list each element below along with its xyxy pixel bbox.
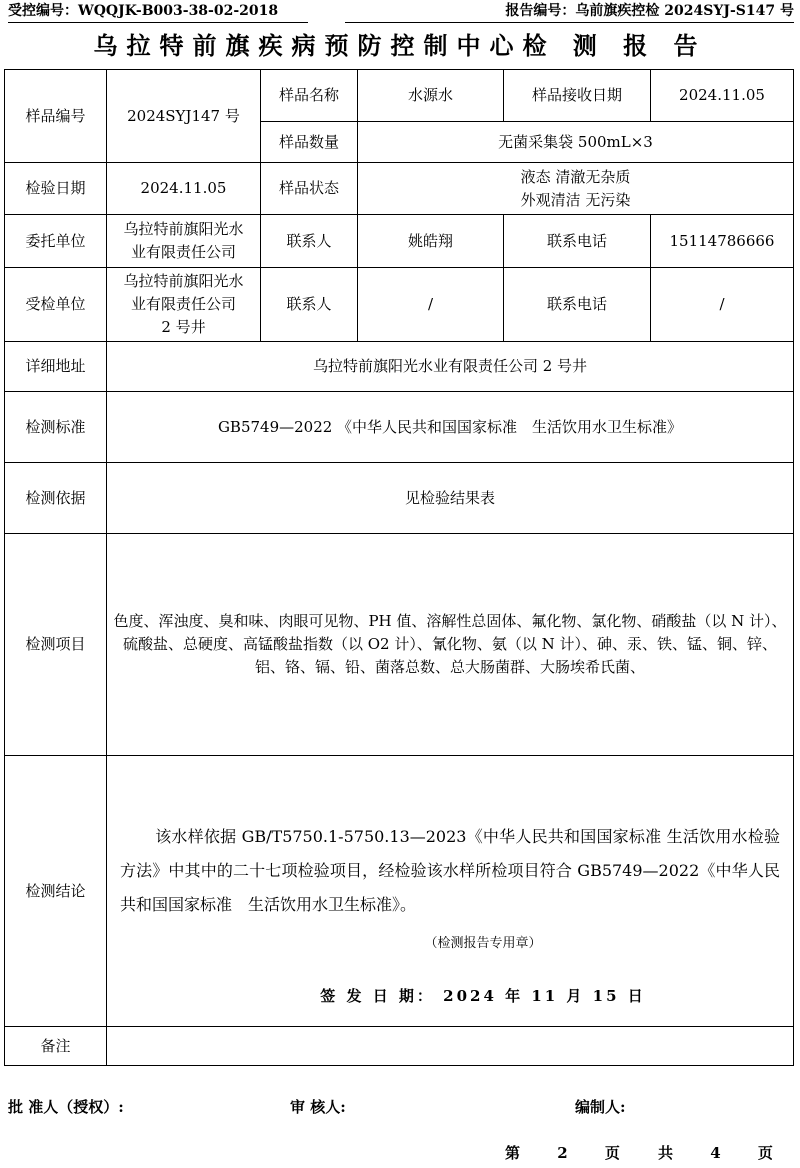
reviewer-label: 审 核人:: [290, 1096, 346, 1117]
table-row: 详细地址 乌拉特前旗阳光水业有限责任公司 2 号井: [5, 342, 794, 392]
test-date-label: 检验日期: [5, 163, 107, 215]
items-label: 检测项目: [5, 534, 107, 756]
items-value: 色度、浑浊度、臭和味、肉眼可见物、PH 值、溶解性总固体、氟化物、氯化物、硝酸盐…: [107, 534, 794, 756]
conclusion-text: 该水样依据 GB/T5750.1-5750.13—2023《中华人民共和国国家标…: [111, 774, 789, 922]
control-number: 受控编号：WQQJK-B003-38-02-2018: [8, 3, 308, 23]
sample-state-value: 液态 清澈无杂质 外观清洁 无污染: [358, 163, 794, 215]
client-label: 委托单位: [5, 215, 107, 268]
sign-date: 签 发 日 期： 2024 年 11 月 15 日: [111, 985, 789, 1008]
sample-name-value: 水源水: [358, 70, 504, 122]
receive-date-value: 2024.11.05: [651, 70, 794, 122]
page-number-row: 第 2 页 共 4 页: [0, 1142, 800, 1162]
inspected-phone-value: /: [651, 268, 794, 342]
conclusion-cell: 该水样依据 GB/T5750.1-5750.13—2023《中华人民共和国国家标…: [107, 756, 794, 1027]
remark-label: 备注: [5, 1027, 107, 1066]
test-date-value: 2024.11.05: [107, 163, 261, 215]
sample-no-value: 2024SYJ147 号: [107, 70, 261, 163]
report-page: 受控编号：WQQJK-B003-38-02-2018 报告编号：乌前旗疾控检 2…: [0, 0, 800, 1168]
inspected-contact-value: /: [358, 268, 504, 342]
stamp-note: （检测报告专用章）: [111, 932, 789, 955]
inspected-label: 受检单位: [5, 268, 107, 342]
conclusion-label: 检测结论: [5, 756, 107, 1027]
table-row: 备注: [5, 1027, 794, 1066]
signature-row: 批 准人（授权）: 审 核人: 编制人:: [0, 1096, 800, 1116]
report-number: 报告编号：乌前旗疾控检 2024SYJ-S147 号: [345, 3, 794, 23]
page-current: 第 2 页: [505, 1142, 629, 1163]
address-label: 详细地址: [5, 342, 107, 392]
sample-state-label: 样品状态: [261, 163, 358, 215]
receive-date-label: 样品接收日期: [504, 70, 651, 122]
table-row: 样品编号 2024SYJ147 号 样品名称 水源水 样品接收日期 2024.1…: [5, 70, 794, 122]
page-title: 乌拉特前旗疾病预防控制中心检 测 报 告: [0, 30, 800, 62]
basis-label: 检测依据: [5, 463, 107, 534]
preparer-label: 编制人:: [575, 1096, 626, 1117]
page-total: 共 4 页: [658, 1142, 782, 1163]
table-row: 检测项目 色度、浑浊度、臭和味、肉眼可见物、PH 值、溶解性总固体、氟化物、氯化…: [5, 534, 794, 756]
top-header: 受控编号：WQQJK-B003-38-02-2018 报告编号：乌前旗疾控检 2…: [0, 0, 800, 23]
table-row: 检测依据 见检验结果表: [5, 463, 794, 534]
table-row: 委托单位 乌拉特前旗阳光水 业有限责任公司 联系人 姚皓翔 联系电话 15114…: [5, 215, 794, 268]
sample-name-label: 样品名称: [261, 70, 358, 122]
standard-label: 检测标准: [5, 392, 107, 463]
client-phone-label: 联系电话: [504, 215, 651, 268]
client-contact-label: 联系人: [261, 215, 358, 268]
table-row: 检测标准 GB5749—2022 《中华人民共和国国家标准 生活饮用水卫生标准》: [5, 392, 794, 463]
standard-value: GB5749—2022 《中华人民共和国国家标准 生活饮用水卫生标准》: [107, 392, 794, 463]
table-row: 受检单位 乌拉特前旗阳光水 业有限责任公司 2 号井 联系人 / 联系电话 /: [5, 268, 794, 342]
table-row: 检验日期 2024.11.05 样品状态 液态 清澈无杂质 外观清洁 无污染: [5, 163, 794, 215]
sample-qty-label: 样品数量: [261, 122, 358, 163]
inspected-phone-label: 联系电话: [504, 268, 651, 342]
address-value: 乌拉特前旗阳光水业有限责任公司 2 号井: [107, 342, 794, 392]
sample-qty-value: 无菌采集袋 500mL×3: [358, 122, 794, 163]
inspected-contact-label: 联系人: [261, 268, 358, 342]
sample-no-label: 样品编号: [5, 70, 107, 163]
remark-value: [107, 1027, 794, 1066]
inspected-value: 乌拉特前旗阳光水 业有限责任公司 2 号井: [107, 268, 261, 342]
approver-label: 批 准人（授权）:: [8, 1096, 124, 1117]
basis-value: 见检验结果表: [107, 463, 794, 534]
client-phone-value: 15114786666: [651, 215, 794, 268]
table-row: 检测结论 该水样依据 GB/T5750.1-5750.13—2023《中华人民共…: [5, 756, 794, 1027]
client-value: 乌拉特前旗阳光水 业有限责任公司: [107, 215, 261, 268]
report-table: 样品编号 2024SYJ147 号 样品名称 水源水 样品接收日期 2024.1…: [4, 69, 794, 1066]
client-contact-value: 姚皓翔: [358, 215, 504, 268]
